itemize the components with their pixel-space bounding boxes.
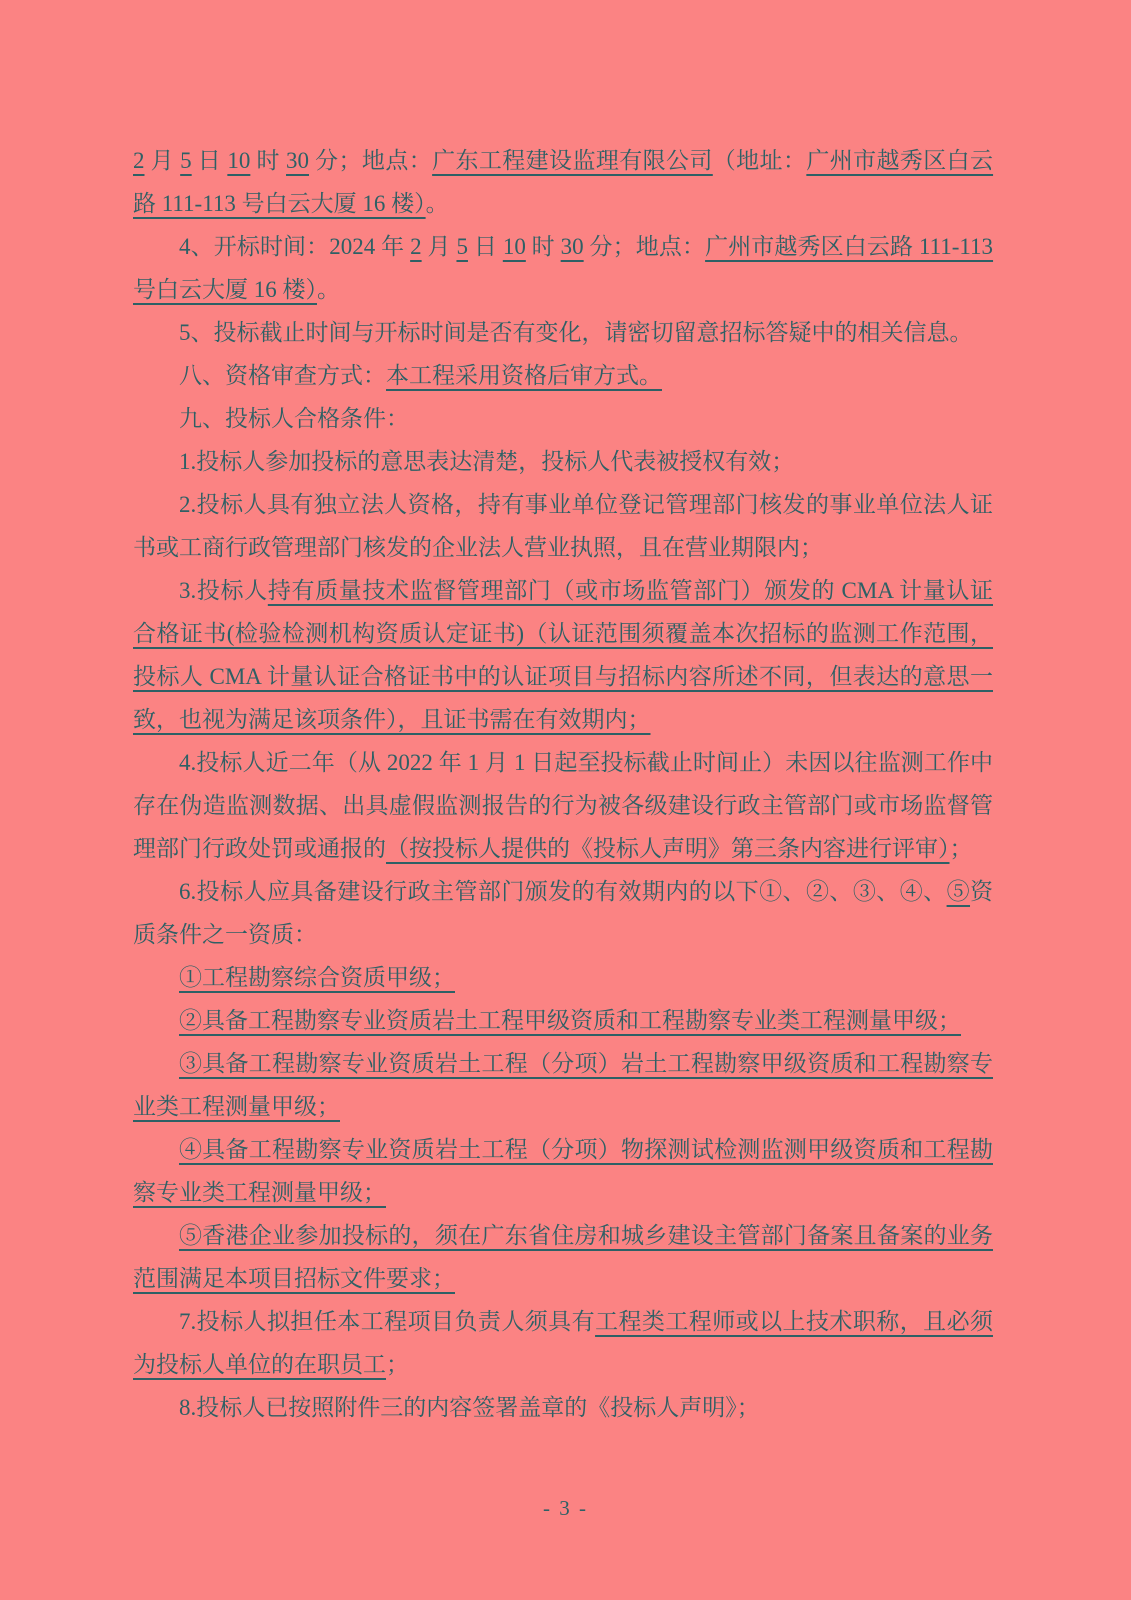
paragraph: 八、资格审查方式：本工程采用资格后审方式。 <box>133 354 993 397</box>
document-page: 2 月 5 日 10 时 30 分；地点：广东工程建设监理有限公司（地址：广州市… <box>0 0 1131 1600</box>
underlined-text-run: ⑤ <box>947 879 970 904</box>
underlined-text-run: （按投标人提供的《投标人声明》第三条内容进行评审） <box>386 836 950 861</box>
underlined-text-run: 广东工程建设监理有限公司 <box>432 148 713 173</box>
underlined-text-run: 2 <box>410 234 422 259</box>
underlined-text-run: ②具备工程勘察专业资质岩土工程甲级资质和工程勘察专业类工程测量甲级； <box>179 1008 961 1033</box>
paragraph: 3.投标人持有质量技术监督管理部门（或市场监管部门）颁发的 CMA 计量认证合格… <box>133 569 993 741</box>
text-run: 日 <box>468 234 503 259</box>
text-run: ； <box>950 836 973 861</box>
paragraph: ②具备工程勘察专业资质岩土工程甲级资质和工程勘察专业类工程测量甲级； <box>133 999 993 1042</box>
text-run: 分；地点： <box>584 234 705 259</box>
paragraph: ③具备工程勘察专业资质岩土工程（分项）岩土工程勘察甲级资质和工程勘察专业类工程测… <box>133 1042 993 1128</box>
text-run: 时 <box>526 234 561 259</box>
text-run: 。 <box>426 191 449 216</box>
underlined-text-run: 本工程采用资格后审方式。 <box>386 363 662 388</box>
underlined-text-run: 5 <box>180 148 192 173</box>
text-run: 8.投标人已按照附件三的内容签署盖章的《投标人声明》； <box>179 1395 760 1420</box>
underlined-text-run: 2 <box>133 148 145 173</box>
paragraph: ⑤香港企业参加投标的，须在广东省住房和城乡建设主管部门备案且备案的业务范围满足本… <box>133 1214 993 1300</box>
text-run: 时 <box>250 148 286 173</box>
text-run: 月 <box>422 234 457 259</box>
paragraph: 2.投标人具有独立法人资格，持有事业单位登记管理部门核发的事业单位法人证书或工商… <box>133 483 993 569</box>
underlined-text-run: 10 <box>503 234 526 259</box>
underlined-text-run: 10 <box>227 148 250 173</box>
text-run: 九、投标人合格条件： <box>179 406 409 431</box>
paragraph: 8.投标人已按照附件三的内容签署盖章的《投标人声明》； <box>133 1386 993 1429</box>
page-number: - 3 - <box>0 1496 1131 1521</box>
paragraph: 1.投标人参加投标的意思表达清楚，投标人代表被授权有效； <box>133 440 993 483</box>
text-run: 月 <box>145 148 181 173</box>
paragraph: 4.投标人近二年（从 2022 年 1 月 1 日起至投标截止时间止）未因以往监… <box>133 741 993 870</box>
underlined-text-run: 5 <box>456 234 468 259</box>
paragraph: 九、投标人合格条件： <box>133 397 993 440</box>
text-run: 八、资格审查方式： <box>179 363 386 388</box>
text-run: 4、开标时间：2024 年 <box>179 234 410 259</box>
underlined-text-run: 30 <box>561 234 584 259</box>
text-run: ； <box>386 1352 409 1377</box>
underlined-text-run: ⑤香港企业参加投标的，须在广东省住房和城乡建设主管部门备案且备案的业务范围满足本… <box>133 1223 993 1291</box>
paragraph: 5、投标截止时间与开标时间是否有变化，请密切留意招标答疑中的相关信息。 <box>133 311 993 354</box>
paragraph: 2 月 5 日 10 时 30 分；地点：广东工程建设监理有限公司（地址：广州市… <box>133 139 993 225</box>
text-run: 2.投标人具有独立法人资格，持有事业单位登记管理部门核发的事业单位法人证书或工商… <box>133 492 993 560</box>
paragraph: 7.投标人拟担任本工程项目负责人须具有工程类工程师或以上技术职称，且必须为投标人… <box>133 1300 993 1386</box>
underlined-text-run: ③具备工程勘察专业资质岩土工程（分项）岩土工程勘察甲级资质和工程勘察专业类工程测… <box>133 1051 993 1119</box>
text-run: 3.投标人 <box>179 578 268 603</box>
underlined-text-run: 30 <box>286 148 309 173</box>
text-run: （地址： <box>713 148 807 173</box>
paragraph: ④具备工程勘察专业资质岩土工程（分项）物探测试检测监测甲级资质和工程勘察专业类工… <box>133 1128 993 1214</box>
paragraph: ①工程勘察综合资质甲级； <box>133 956 993 999</box>
text-run: 。 <box>317 277 340 302</box>
text-run: 1.投标人参加投标的意思表达清楚，投标人代表被授权有效； <box>179 449 794 474</box>
text-run: 分；地点： <box>309 148 432 173</box>
underlined-text-run: ④具备工程勘察专业资质岩土工程（分项）物探测试检测监测甲级资质和工程勘察专业类工… <box>133 1137 993 1205</box>
document-body: 2 月 5 日 10 时 30 分；地点：广东工程建设监理有限公司（地址：广州市… <box>133 139 993 1429</box>
text-run: 日 <box>192 148 228 173</box>
paragraph: 4、开标时间：2024 年 2 月 5 日 10 时 30 分；地点：广州市越秀… <box>133 225 993 311</box>
text-run: 7.投标人拟担任本工程项目负责人须具有 <box>179 1309 595 1334</box>
paragraph: 6.投标人应具备建设行政主管部门颁发的有效期内的以下①、②、③、④、⑤资质条件之… <box>133 870 993 956</box>
text-run: 5、投标截止时间与开标时间是否有变化，请密切留意招标答疑中的相关信息。 <box>179 320 973 345</box>
underlined-text-run: ①工程勘察综合资质甲级； <box>179 965 455 990</box>
text-run: 6.投标人应具备建设行政主管部门颁发的有效期内的以下①、②、③、④、 <box>179 879 947 904</box>
